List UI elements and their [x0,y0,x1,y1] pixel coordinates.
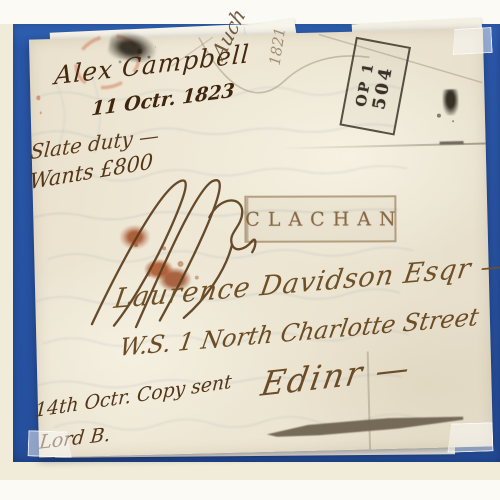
ink-blot-specks [437,114,441,118]
photo-corner-mount [28,430,73,458]
photo-of-postal-cover: CLACHAN OP 1 504 Alex Campbell 11 Octr. … [0,0,500,500]
photo-corner-mount [451,27,492,55]
ink-blot [442,89,459,115]
red-ink-specks [36,95,40,100]
rate-flourish [80,172,269,334]
letter-sheet: CLACHAN OP 1 504 Alex Campbell 11 Octr. … [29,29,493,458]
photo-corner-mount [447,422,494,453]
clachan-handstamp: CLACHAN [244,195,396,243]
